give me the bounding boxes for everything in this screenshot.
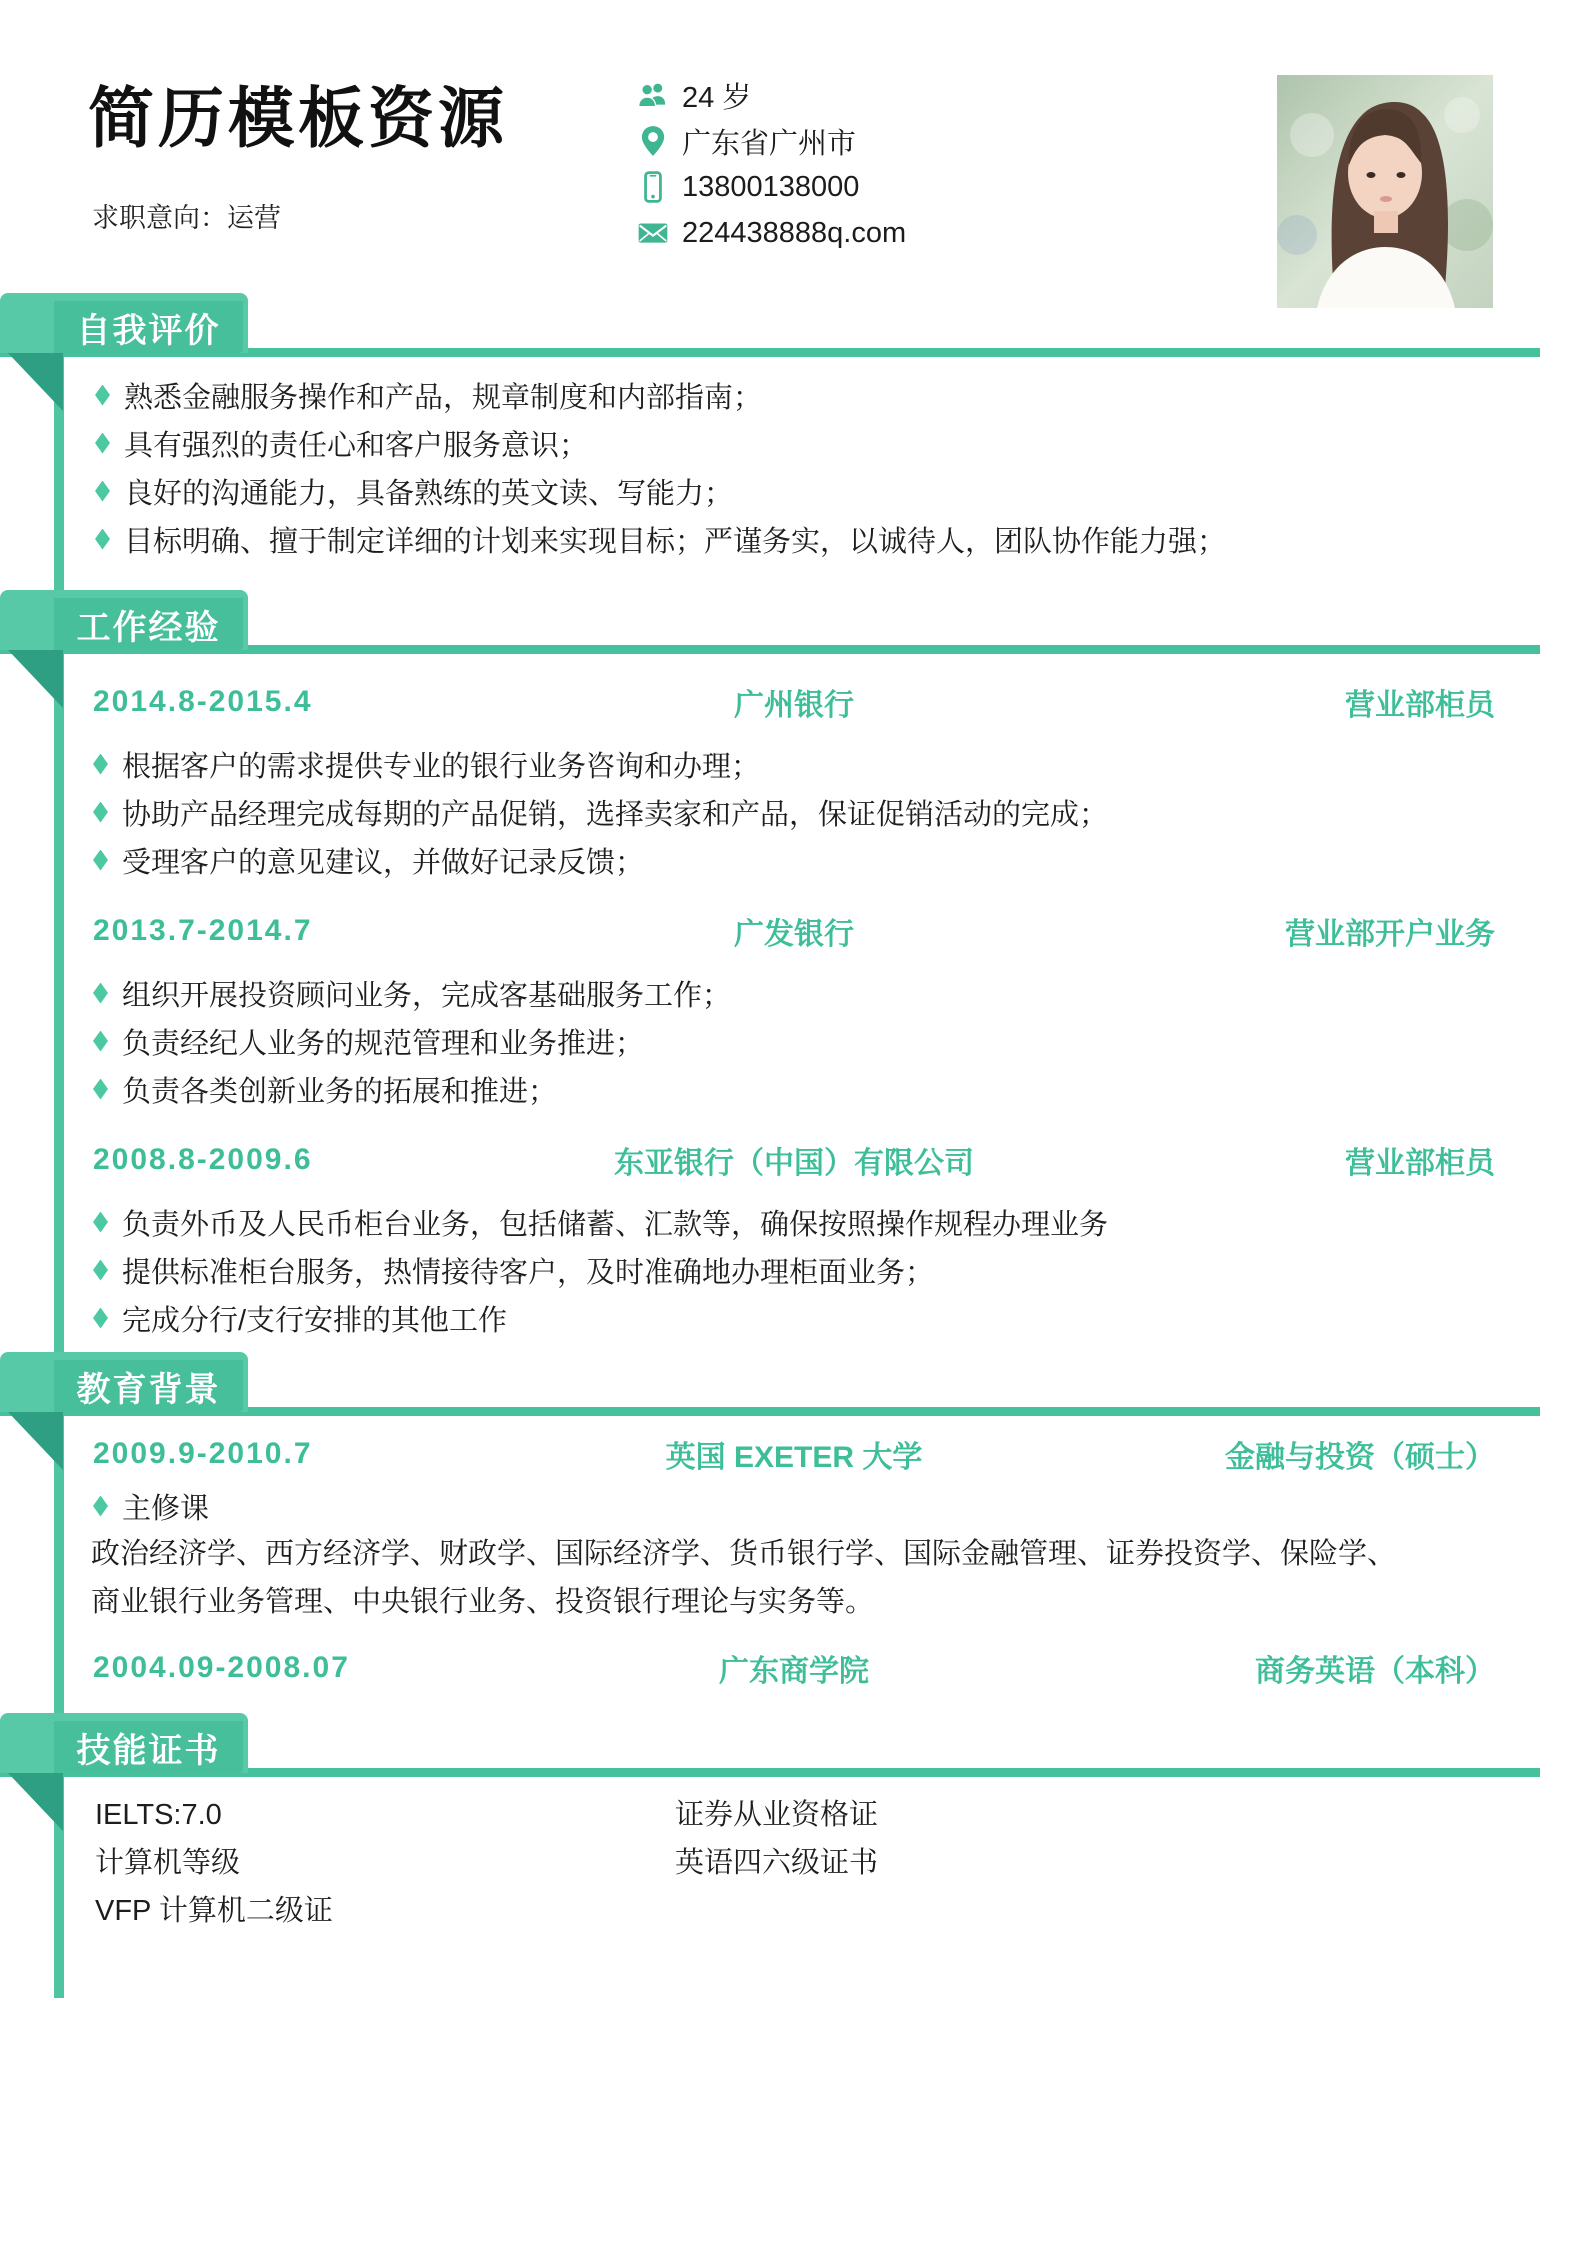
entry-role: 商务英语（本科） <box>1165 1646 1495 1690</box>
section-title-box: 自我评价 <box>54 301 243 353</box>
skills-left-column: IELTS:7.0 计算机等级 VFP 计算机二级证 <box>95 1791 333 1935</box>
entry-bullet-list: 负责外币及人民币柜台业务，包括储蓄、汇款等，确保按照操作规程办理业务 提供标准柜… <box>93 1198 1495 1342</box>
section-title: 技能证书 <box>77 1723 221 1772</box>
diamond-bullet-icon <box>93 1496 108 1517</box>
contact-email-row: 224438888q.com <box>636 210 906 256</box>
bullet-text: 受理客户的意见建议，并做好记录反馈； <box>122 840 644 881</box>
skill-item: IELTS:7.0 <box>95 1791 333 1839</box>
course-list: 政治经济学、西方经济学、财政学、国际经济学、货币银行学、国际金融管理、证券投资学… <box>91 1530 1495 1626</box>
bullet-text: 良好的沟通能力，具备熟练的英文读、写能力； <box>124 471 733 512</box>
bullet-text: 组织开展投资顾问业务，完成客基础服务工作； <box>122 973 731 1014</box>
entry-organization: 广州银行 <box>423 680 1165 724</box>
contact-location-row: 广东省广州市 <box>636 118 906 164</box>
bullet-text: 提供标准柜台服务，热情接待客户，及时准确地办理柜面业务； <box>122 1250 934 1291</box>
entry-header-row: 2008.8-2009.6 东亚银行（中国）有限公司 营业部柜员 <box>93 1144 1495 1176</box>
entry-role: 金融与投资（硕士） <box>1165 1432 1495 1476</box>
skill-item: 英语四六级证书 <box>675 1839 878 1887</box>
entry-role: 营业部柜员 <box>1165 1138 1495 1182</box>
diamond-bullet-icon <box>93 1212 108 1233</box>
section-title-box: 教育背景 <box>54 1360 243 1412</box>
section-banner: 自我评价 <box>0 293 248 353</box>
diamond-bullet-icon <box>95 529 110 550</box>
entry-role: 营业部柜员 <box>1165 680 1495 724</box>
entry-organization: 东亚银行（中国）有限公司 <box>423 1138 1165 1182</box>
section-title: 自我评价 <box>77 303 221 352</box>
diamond-bullet-icon <box>93 802 108 823</box>
section-title-box: 技能证书 <box>54 1721 243 1773</box>
list-item: 负责经纪人业务的规范管理和业务推进； <box>93 1017 1495 1065</box>
work-entry: 2008.8-2009.6 东亚银行（中国）有限公司 营业部柜员 负责外币及人民… <box>93 1144 1495 1342</box>
entry-organization: 广发银行 <box>423 909 1165 953</box>
bullet-text: 完成分行/支行安排的其他工作 <box>122 1298 507 1339</box>
entry-organization: 英国 EXETER 大学 <box>423 1432 1165 1476</box>
contact-email: 224438888q.com <box>682 217 906 250</box>
skill-item: 计算机等级 <box>95 1839 333 1887</box>
section-title: 教育背景 <box>77 1362 221 1411</box>
contact-location: 广东省广州市 <box>682 121 856 162</box>
diamond-bullet-icon <box>93 983 108 1004</box>
section-vertical-rail <box>54 648 64 1352</box>
job-intent: 求职意向：运营 <box>92 196 281 235</box>
contact-age-row: 24 岁 <box>636 72 906 118</box>
diamond-bullet-icon <box>93 754 108 775</box>
entry-role: 营业部开户业务 <box>1165 909 1495 953</box>
bullet-text: 协助产品经理完成每期的产品促销，选择卖家和产品，保证促销活动的完成； <box>122 792 1108 833</box>
section-education: 教育背景 2009.9-2010.7 英国 EXETER 大学 金融与投资（硕士… <box>0 1352 1587 1713</box>
list-item: 完成分行/支行安排的其他工作 <box>93 1294 1495 1342</box>
entry-date: 2014.8-2015.4 <box>93 685 423 719</box>
section-skills: 技能证书 IELTS:7.0 计算机等级 VFP 计算机二级证 证券从业资格证 … <box>0 1713 1587 2245</box>
skill-item: 证券从业资格证 <box>675 1791 878 1839</box>
work-entry: 2013.7-2014.7 广发银行 营业部开户业务 组织开展投资顾问业务，完成… <box>93 915 1495 1113</box>
entry-bullet-list: 组织开展投资顾问业务，完成客基础服务工作； 负责经纪人业务的规范管理和业务推进；… <box>93 969 1495 1113</box>
bullet-text: 熟悉金融服务操作和产品，规章制度和内部指南； <box>124 375 762 416</box>
entry-bullet-list: 根据客户的需求提供专业的银行业务咨询和办理； 协助产品经理完成每期的产品促销，选… <box>93 740 1495 884</box>
course-line: 政治经济学、西方经济学、财政学、国际经济学、货币银行学、国际金融管理、证券投资学… <box>91 1530 1495 1578</box>
contact-age: 24 岁 <box>682 75 751 116</box>
section-banner: 教育背景 <box>0 1352 248 1412</box>
people-icon <box>636 78 670 112</box>
entry-header-row: 2013.7-2014.7 广发银行 营业部开户业务 <box>93 915 1495 947</box>
list-item: 熟悉金融服务操作和产品，规章制度和内部指南； <box>95 371 1226 419</box>
education-entry-row: 2004.09-2008.07 广东商学院 商务英语（本科） <box>93 1652 1495 1684</box>
diamond-bullet-icon <box>93 1079 108 1100</box>
bullet-text: 目标明确、擅于制定详细的计划来实现目标；严谨务实，以诚待人，团队协作能力强； <box>124 519 1226 560</box>
entry-date: 2008.8-2009.6 <box>93 1143 423 1177</box>
ribbon-fold <box>8 353 63 411</box>
contact-phone-row: 13800138000 <box>636 164 906 210</box>
bullet-text: 负责经纪人业务的规范管理和业务推进； <box>122 1021 644 1062</box>
list-item: 受理客户的意见建议，并做好记录反馈； <box>93 836 1495 884</box>
education-entry-row: 2009.9-2010.7 英国 EXETER 大学 金融与投资（硕士） <box>93 1438 1495 1470</box>
smartphone-icon <box>636 170 670 204</box>
diamond-bullet-icon <box>95 385 110 406</box>
list-item: 良好的沟通能力，具备熟练的英文读、写能力； <box>95 467 1226 515</box>
list-item: 组织开展投资顾问业务，完成客基础服务工作； <box>93 969 1495 1017</box>
contact-block: 24 岁 广东省广州市 13800138000 <box>636 72 906 256</box>
work-entry: 2014.8-2015.4 广州银行 营业部柜员 根据客户的需求提供专业的银行业… <box>93 686 1495 884</box>
entry-organization: 广东商学院 <box>423 1646 1165 1690</box>
section-banner: 技能证书 <box>0 1713 248 1773</box>
list-item: 提供标准柜台服务，热情接待客户，及时准确地办理柜面业务； <box>93 1246 1495 1294</box>
bullet-text: 根据客户的需求提供专业的银行业务咨询和办理； <box>122 744 760 785</box>
diamond-bullet-icon <box>93 1260 108 1281</box>
list-item: 根据客户的需求提供专业的银行业务咨询和办理； <box>93 740 1495 788</box>
resume-page: 简历模板资源 求职意向：运营 24 岁 广东省广州市 <box>0 0 1587 2245</box>
section-work: 工作经验 2014.8-2015.4 广州银行 营业部柜员 <box>0 590 1587 1352</box>
course-label-row: 主修课 <box>93 1482 1495 1530</box>
course-label: 主修课 <box>122 1486 209 1527</box>
section-banner: 工作经验 <box>0 590 248 650</box>
self-eval-list: 熟悉金融服务操作和产品，规章制度和内部指南； 具有强烈的责任心和客户服务意识； … <box>95 371 1226 563</box>
education-content: 2009.9-2010.7 英国 EXETER 大学 金融与投资（硕士） 主修课… <box>93 1412 1495 1684</box>
section-title-box: 工作经验 <box>54 598 243 650</box>
bullet-text: 负责外币及人民币柜台业务，包括储蓄、汇款等，确保按照操作规程办理业务 <box>122 1202 1108 1243</box>
page-title: 简历模板资源 <box>88 84 508 153</box>
ribbon-fold <box>8 650 63 708</box>
list-item: 协助产品经理完成每期的产品促销，选择卖家和产品，保证促销活动的完成； <box>93 788 1495 836</box>
work-entries: 2014.8-2015.4 广州银行 营业部柜员 根据客户的需求提供专业的银行业… <box>93 650 1495 1342</box>
envelope-icon <box>636 216 670 250</box>
course-line: 商业银行业务管理、中央银行业务、投资银行理论与实务等。 <box>91 1578 1495 1626</box>
entry-date: 2009.9-2010.7 <box>93 1437 423 1471</box>
contact-phone: 13800138000 <box>682 171 859 204</box>
skill-item: VFP 计算机二级证 <box>95 1887 333 1935</box>
list-item: 负责各类创新业务的拓展和推进； <box>93 1065 1495 1113</box>
entry-date: 2013.7-2014.7 <box>93 914 423 948</box>
list-item: 具有强烈的责任心和客户服务意识； <box>95 419 1226 467</box>
section-title: 工作经验 <box>77 600 221 649</box>
diamond-bullet-icon <box>95 481 110 502</box>
entry-header-row: 2014.8-2015.4 广州银行 营业部柜员 <box>93 686 1495 718</box>
entry-date: 2004.09-2008.07 <box>93 1651 423 1685</box>
diamond-bullet-icon <box>93 1308 108 1329</box>
skills-right-column: 证券从业资格证 英语四六级证书 <box>675 1791 878 1887</box>
portrait-photo <box>1277 75 1493 308</box>
section-self-eval: 自我评价 熟悉金融服务操作和产品，规章制度和内部指南； 具有强烈的责任心和客户服… <box>0 293 1587 590</box>
list-item: 目标明确、擅于制定详细的计划来实现目标；严谨务实，以诚待人，团队协作能力强； <box>95 515 1226 563</box>
bullet-text: 负责各类创新业务的拓展和推进； <box>122 1069 557 1110</box>
diamond-bullet-icon <box>93 1031 108 1052</box>
location-pin-icon <box>636 124 670 158</box>
list-item: 负责外币及人民币柜台业务，包括储蓄、汇款等，确保按照操作规程办理业务 <box>93 1198 1495 1246</box>
diamond-bullet-icon <box>95 433 110 454</box>
diamond-bullet-icon <box>93 850 108 871</box>
bullet-text: 具有强烈的责任心和客户服务意识； <box>124 423 588 464</box>
